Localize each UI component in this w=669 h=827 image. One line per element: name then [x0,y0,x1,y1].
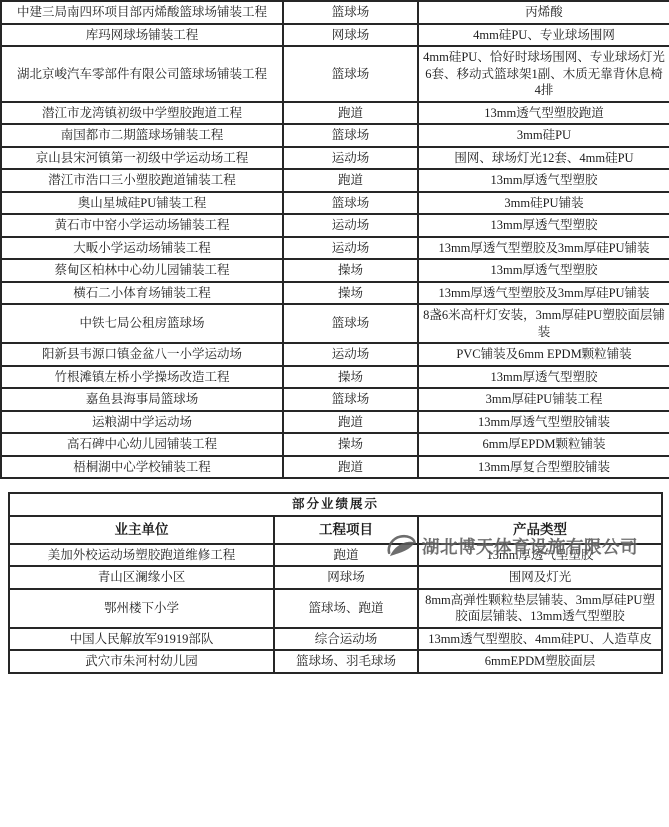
column-header-owner: 业主单位 [9,516,274,544]
table-row: 潜江市龙湾镇初级中学塑胶跑道工程跑道13mm透气型塑胶跑道 [1,102,669,125]
product-type-cell: 丙烯酸 [418,1,669,24]
owner-cell: 武穴市朱河村幼儿园 [9,650,274,673]
table-row: 武穴市朱河村幼儿园篮球场、羽毛球场6mmEPDM塑胶面层 [9,650,662,673]
table-row: 中国人民解放军91919部队综合运动场13mm透气型塑胶、4mm硅PU、人造草皮 [9,628,662,651]
venue-type-cell: 运动场 [283,147,418,170]
owner-cell: 中国人民解放军91919部队 [9,628,274,651]
venue-type-cell: 操场 [283,433,418,456]
project-cell: 网球场 [274,566,418,589]
product-type-cell: 13mm厚透气型塑胶及3mm厚硅PU铺装 [418,282,669,305]
column-header-product: 产品类型 [418,516,662,544]
venue-type-cell: 操场 [283,282,418,305]
venue-type-cell: 跑道 [283,411,418,434]
venue-type-cell: 篮球场 [283,388,418,411]
product-type-cell: 3mm硅PU铺装 [418,192,669,215]
table-row: 黄石市中窑小学运动场铺装工程运动场13mm厚透气型塑胶 [1,214,669,237]
product-type-cell: 13mm厚透气型塑胶 [418,214,669,237]
table-title: 部分业绩展示 [9,493,662,516]
table-row: 大畈小学运动场铺装工程运动场13mm厚透气型塑胶及3mm厚硅PU铺装 [1,237,669,260]
table-row: 横石二小体育场铺装工程操场13mm厚透气型塑胶及3mm厚硅PU铺装 [1,282,669,305]
table-title-row: 部分业绩展示 [9,493,662,516]
venue-type-cell: 跑道 [283,102,418,125]
product-type-cell: 13mm厚透气型塑胶及3mm厚硅PU铺装 [418,237,669,260]
project-name-cell: 中铁七局公租房篮球场 [1,304,283,343]
project-name-cell: 中建三局南四环项目部丙烯酸篮球场铺装工程 [1,1,283,24]
table-row: 潜江市浩口三小塑胶跑道铺装工程跑道13mm厚透气型塑胶 [1,169,669,192]
product-cell: 6mmEPDM塑胶面层 [418,650,662,673]
column-header-project: 工程项目 [274,516,418,544]
project-name-cell: 嘉鱼县海事局篮球场 [1,388,283,411]
venue-type-cell: 跑道 [283,169,418,192]
project-name-cell: 高石碑中心幼儿园铺装工程 [1,433,283,456]
project-name-cell: 潜江市浩口三小塑胶跑道铺装工程 [1,169,283,192]
venue-type-cell: 篮球场 [283,124,418,147]
product-type-cell: 围网、球场灯光12套、4mm硅PU [418,147,669,170]
project-cell: 篮球场、跑道 [274,589,418,628]
venue-type-cell: 运动场 [283,214,418,237]
project-name-cell: 库玛网球场铺装工程 [1,24,283,47]
table-row: 嘉鱼县海事局篮球场篮球场3mm厚硅PU铺装工程 [1,388,669,411]
table-row: 高石碑中心幼儿园铺装工程操场6mm厚EPDM颗粒铺装 [1,433,669,456]
venue-type-cell: 网球场 [283,24,418,47]
table-row: 南国都市二期篮球场铺装工程篮球场3mm硅PU [1,124,669,147]
project-name-cell: 阳新县韦源口镇金盆八一小学运动场 [1,343,283,366]
table-row: 中铁七局公租房篮球场篮球场8盏6米高杆灯安装，3mm厚硅PU塑胶面层铺装 [1,304,669,343]
table-row: 库玛网球场铺装工程网球场4mm硅PU、专业球场围网 [1,24,669,47]
product-type-cell: 13mm厚透气型塑胶 [418,366,669,389]
product-cell: 围网及灯光 [418,566,662,589]
venue-type-cell: 运动场 [283,237,418,260]
project-name-cell: 京山县宋河镇第一初级中学运动场工程 [1,147,283,170]
product-type-cell: 13mm厚透气型塑胶 [418,259,669,282]
product-cell: 13mm透气型塑胶、4mm硅PU、人造草皮 [418,628,662,651]
table-row: 奥山星城硅PU铺装工程篮球场3mm硅PU铺装 [1,192,669,215]
owner-cell: 鄂州楼下小学 [9,589,274,628]
product-cell: 8mm高弹性颗粒垫层铺装、3mm厚硅PU塑胶面层铺装、13mm透气型塑胶 [418,589,662,628]
venue-type-cell: 运动场 [283,343,418,366]
table-row: 阳新县韦源口镇金盆八一小学运动场运动场PVC铺装及6mm EPDM颗粒铺装 [1,343,669,366]
table-row: 京山县宋河镇第一初级中学运动场工程运动场围网、球场灯光12套、4mm硅PU [1,147,669,170]
owner-cell: 青山区澜缘小区 [9,566,274,589]
table-row: 湖北京峻汽车零部件有限公司篮球场铺装工程篮球场4mm硅PU、恰好时球场围网、专业… [1,46,669,102]
product-type-cell: 8盏6米高杆灯安装，3mm厚硅PU塑胶面层铺装 [418,304,669,343]
table-row: 美加外校运动场塑胶跑道维修工程跑道13mm厚透气型塑胶 [9,544,662,567]
project-name-cell: 黄石市中窑小学运动场铺装工程 [1,214,283,237]
project-name-cell: 潜江市龙湾镇初级中学塑胶跑道工程 [1,102,283,125]
table-row: 梧桐湖中心学校铺装工程跑道13mm厚复合型塑胶铺装 [1,456,669,479]
product-type-cell: 3mm厚硅PU铺装工程 [418,388,669,411]
table-row: 蔡甸区柏林中心幼儿园铺装工程操场13mm厚透气型塑胶 [1,259,669,282]
project-cell: 篮球场、羽毛球场 [274,650,418,673]
performance-table-body: 美加外校运动场塑胶跑道维修工程跑道13mm厚透气型塑胶青山区澜缘小区网球场围网及… [9,544,662,673]
product-type-cell: 13mm厚透气型塑胶 [418,169,669,192]
venue-type-cell: 篮球场 [283,1,418,24]
table-row: 青山区澜缘小区网球场围网及灯光 [9,566,662,589]
table-row: 竹根滩镇左桥小学操场改造工程操场13mm厚透气型塑胶 [1,366,669,389]
project-name-cell: 大畈小学运动场铺装工程 [1,237,283,260]
venue-type-cell: 篮球场 [283,192,418,215]
project-name-cell: 南国都市二期篮球场铺装工程 [1,124,283,147]
project-name-cell: 横石二小体育场铺装工程 [1,282,283,305]
product-type-cell: 3mm硅PU [418,124,669,147]
owner-cell: 美加外校运动场塑胶跑道维修工程 [9,544,274,567]
venue-type-cell: 跑道 [283,456,418,479]
project-name-cell: 蔡甸区柏林中心幼儿园铺装工程 [1,259,283,282]
product-type-cell: 4mm硅PU、恰好时球场围网、专业球场灯光6套、移动式篮球架1副、木质无靠背休息… [418,46,669,102]
table-row: 鄂州楼下小学篮球场、跑道8mm高弹性颗粒垫层铺装、3mm厚硅PU塑胶面层铺装、1… [9,589,662,628]
document-page: 中建三局南四环项目部丙烯酸篮球场铺装工程篮球场丙烯酸库玛网球场铺装工程网球场4m… [0,0,669,827]
performance-table: 部分业绩展示 业主单位 工程项目 产品类型 美加外校运动场塑胶跑道维修工程跑道1… [8,492,663,674]
column-header-row: 业主单位 工程项目 产品类型 [9,516,662,544]
product-type-cell: 6mm厚EPDM颗粒铺装 [418,433,669,456]
project-name-cell: 运粮湖中学运动场 [1,411,283,434]
project-cell: 综合运动场 [274,628,418,651]
project-cell: 跑道 [274,544,418,567]
venue-type-cell: 操场 [283,366,418,389]
product-type-cell: PVC铺装及6mm EPDM颗粒铺装 [418,343,669,366]
product-type-cell: 13mm厚透气型塑胶铺装 [418,411,669,434]
product-cell: 13mm厚透气型塑胶 [418,544,662,567]
product-type-cell: 4mm硅PU、专业球场围网 [418,24,669,47]
venue-type-cell: 操场 [283,259,418,282]
table-row: 中建三局南四环项目部丙烯酸篮球场铺装工程篮球场丙烯酸 [1,1,669,24]
product-type-cell: 13mm透气型塑胶跑道 [418,102,669,125]
venue-type-cell: 篮球场 [283,304,418,343]
project-name-cell: 梧桐湖中心学校铺装工程 [1,456,283,479]
venue-type-cell: 篮球场 [283,46,418,102]
project-name-cell: 湖北京峻汽车零部件有限公司篮球场铺装工程 [1,46,283,102]
project-name-cell: 竹根滩镇左桥小学操场改造工程 [1,366,283,389]
projects-table: 中建三局南四环项目部丙烯酸篮球场铺装工程篮球场丙烯酸库玛网球场铺装工程网球场4m… [0,0,669,479]
table-row: 运粮湖中学运动场跑道13mm厚透气型塑胶铺装 [1,411,669,434]
projects-table-body: 中建三局南四环项目部丙烯酸篮球场铺装工程篮球场丙烯酸库玛网球场铺装工程网球场4m… [1,1,669,478]
product-type-cell: 13mm厚复合型塑胶铺装 [418,456,669,479]
project-name-cell: 奥山星城硅PU铺装工程 [1,192,283,215]
